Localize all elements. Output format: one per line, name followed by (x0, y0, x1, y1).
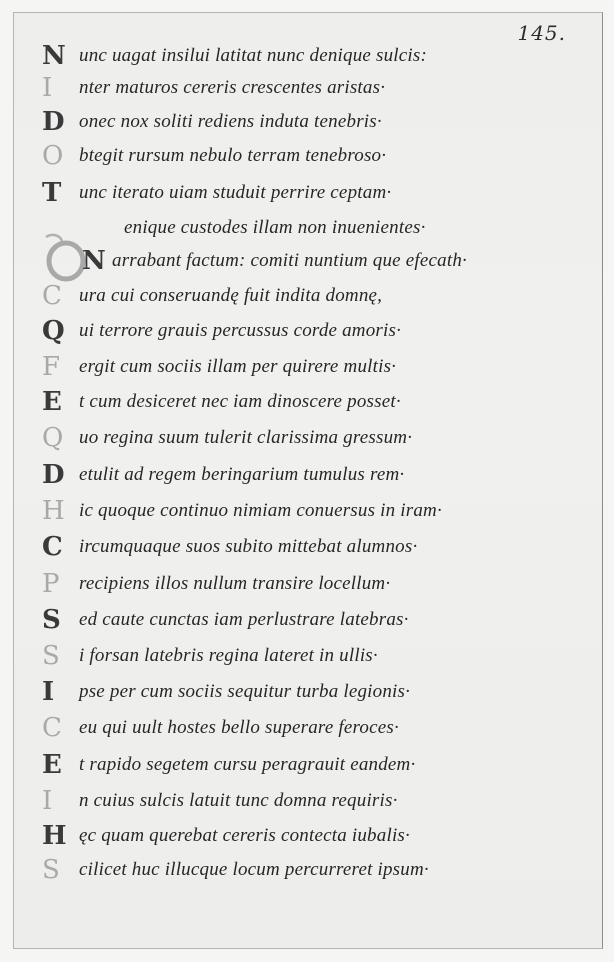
verse-line: Donec nox soliti rediens induta tenebris… (14, 107, 602, 141)
verse-text: cilicet huc illucque locum percurreret i… (79, 855, 429, 885)
verse-line: Fergit cum sociis illam per quirere mult… (14, 352, 602, 386)
verse-line: Qui terrore grauis percussus corde amori… (14, 316, 602, 350)
verse-line: Tunc iterato uiam studuit perrire ceptam… (14, 178, 602, 212)
initial-letter: H (42, 496, 65, 526)
verse-line: Ceu qui uult hostes bello superare feroc… (14, 713, 602, 747)
verse-text: ircumquaque suos subito mittebat alumnos… (79, 532, 417, 562)
verse-text: ic quoque continuo nimiam conuersus in i… (79, 496, 442, 526)
initial-letter: C (42, 281, 62, 311)
verse-text: t rapido segetem cursu peragrauit eandem… (79, 750, 415, 780)
verse-line: In cuius sulcis latuit tunc domna requir… (14, 786, 602, 820)
verse-text: etulit ad regem beringarium tumulus rem· (79, 460, 404, 490)
verse-line: Hic quoque continuo nimiam conuersus in … (14, 496, 602, 530)
initial-letter: O (42, 141, 63, 171)
initial-letter: S (42, 855, 60, 885)
verse-text: unc uagat insilui latitat nunc denique s… (79, 41, 427, 71)
initial-letter: H (42, 821, 67, 851)
verse-line: Circumquaque suos subito mittebat alumno… (14, 532, 602, 566)
verse-text: nter maturos cereris crescentes aristas· (79, 73, 385, 103)
initial-letter: N (42, 41, 66, 71)
manuscript-page: 145. Nunc uagat insilui latitat nunc den… (13, 12, 603, 949)
verse-line: Quo regina suum tulerit clarissima gress… (14, 423, 602, 457)
initial-letter: E (42, 750, 62, 780)
verse-text: ui terrore grauis percussus corde amoris… (79, 316, 401, 346)
initial-letter: I (42, 786, 52, 816)
verse-line: Inter maturos cereris crescentes aristas… (14, 73, 602, 107)
initial-letter: C (42, 532, 63, 562)
verse-line: Si forsan latebris regina lateret in ull… (14, 641, 602, 675)
verse-text: uo regina suum tulerit clarissima gressu… (79, 423, 412, 453)
verse-line: Narrabant factum: comiti nuntium que efe… (14, 246, 602, 280)
initial-letter: Q (42, 316, 65, 346)
initial-letter: N (82, 246, 106, 276)
initial-letter: E (42, 387, 62, 417)
initial-letter: S (42, 605, 61, 635)
verse-line: Scilicet huc illucque locum percurreret … (14, 855, 602, 889)
initial-letter: F (42, 352, 60, 382)
verse-text: enique custodes illam non inuenientes· (124, 213, 426, 243)
verse-line: Sed caute cunctas iam perlustrare latebr… (14, 605, 602, 639)
verse-line: Obtegit rursum nebulo terram tenebroso· (14, 141, 602, 175)
initial-letter: S (42, 641, 60, 671)
verse-text: onec nox soliti rediens induta tenebris· (79, 107, 382, 137)
verse-text: arrabant factum: comiti nuntium que efec… (112, 246, 467, 276)
verse-text: ura cui conseruandę fuit indita domnę, (79, 281, 382, 311)
verse-text: ęc quam querebat cereris contecta iubali… (79, 821, 410, 851)
verse-text: ed caute cunctas iam perlustrare latebra… (79, 605, 409, 635)
initial-letter: D (42, 107, 65, 137)
verse-text: eu qui uult hostes bello superare feroce… (79, 713, 399, 743)
verse-line: Hęc quam querebat cereris contecta iubal… (14, 821, 602, 855)
verse-text: unc iterato uiam studuit perrire ceptam· (79, 178, 391, 208)
verse-text: recipiens illos nullum transire locellum… (79, 569, 390, 599)
verse-line: Nunc uagat insilui latitat nunc denique … (14, 41, 602, 75)
verse-line: Cura cui conseruandę fuit indita domnę, (14, 281, 602, 315)
initial-letter: T (42, 178, 61, 208)
verse-line: Ipse per cum sociis sequitur turba legio… (14, 677, 602, 711)
verse-line: Et cum desiceret nec iam dinoscere posse… (14, 387, 602, 421)
initial-letter: C (42, 713, 62, 743)
initial-letter: P (42, 569, 60, 599)
verse-line: Et rapido segetem cursu peragrauit eande… (14, 750, 602, 784)
verse-text: t cum desiceret nec iam dinoscere posset… (79, 387, 401, 417)
verse-line: Precipiens illos nullum transire locellu… (14, 569, 602, 603)
initial-letter: D (42, 460, 65, 490)
verse-line: enique custodes illam non inuenientes· (14, 213, 602, 247)
initial-letter: Q (42, 423, 63, 453)
initial-letter: I (42, 73, 52, 103)
initial-letter: I (42, 677, 54, 707)
verse-text: i forsan latebris regina lateret in ulli… (79, 641, 378, 671)
verse-text: pse per cum sociis sequitur turba legion… (79, 677, 410, 707)
verse-line: Detulit ad regem beringarium tumulus rem… (14, 460, 602, 494)
verse-text: n cuius sulcis latuit tunc domna requiri… (79, 786, 398, 816)
verse-text: btegit rursum nebulo terram tenebroso· (79, 141, 386, 171)
verse-text: ergit cum sociis illam per quirere multi… (79, 352, 396, 382)
